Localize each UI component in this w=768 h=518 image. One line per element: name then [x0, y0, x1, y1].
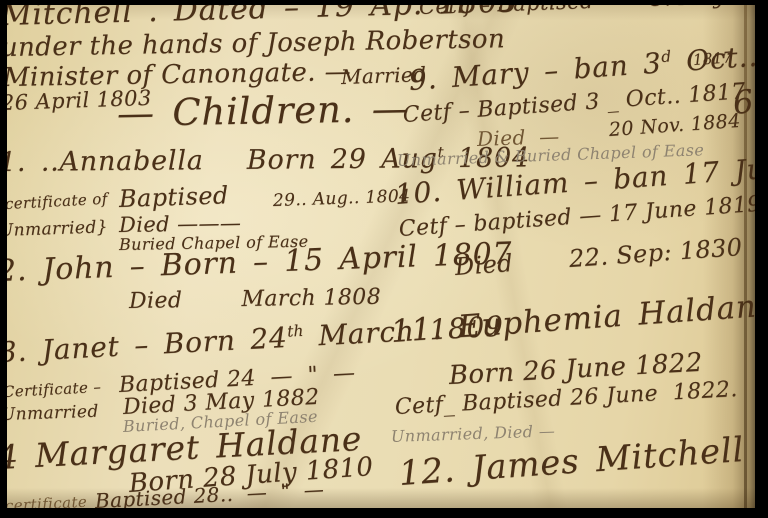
entry1-name-pre: 1. ..Annabella Born 29 Aug — [7, 143, 438, 178]
entry3-unmarried-note: Unmarried — [7, 404, 99, 424]
entry2-died-line: Died March 1808 — [129, 287, 382, 313]
header-minister-line: Minister of Canongate. — — [7, 59, 351, 91]
entry1-baptised-label: Baptised — [119, 183, 229, 211]
entry2-name-line: 2. John – Born – 15 April 1807 — [7, 239, 513, 287]
entry3-certificate-label: Certificate – — [7, 380, 102, 400]
entry4-certificate-label: certificate — [7, 495, 88, 508]
entry11-name-line: 11. Euphemia Haldane — [390, 290, 755, 348]
entry9-died-date: 20 Nov. 1884 — [608, 112, 741, 140]
manuscript-page: Mitchell . Dated – 19 Ap. 1803 under the… — [7, 5, 755, 508]
header-hands-line: under the hands of Joseph Robertson — [7, 26, 505, 61]
entry3-name-pre: 3. Janet – Born 24 — [7, 321, 288, 369]
photo-frame: Mitchell . Dated – 19 Ap. 1803 under the… — [0, 0, 768, 518]
right-top-baptised-fragment: Cetif – Baptised — 5. May 1815 — [419, 5, 755, 18]
entry3-name-superscript: th — [287, 322, 304, 341]
entry1-certificate-label: certificate of — [7, 192, 108, 212]
children-heading: — Children. — — [117, 90, 410, 132]
entry9-name-post: Oct.. 1817 — [670, 33, 755, 78]
entry1-unmarried-note: Unmarried} — [7, 219, 108, 240]
entry11-unmarried-died-note: Unmarried, Died — — [391, 423, 556, 445]
entry1-baptised-date: 29.. Aug.. 1804 — [273, 188, 411, 210]
entry11-baptised-line: Cetf_ Baptised 26 June 1822. — [394, 379, 738, 419]
